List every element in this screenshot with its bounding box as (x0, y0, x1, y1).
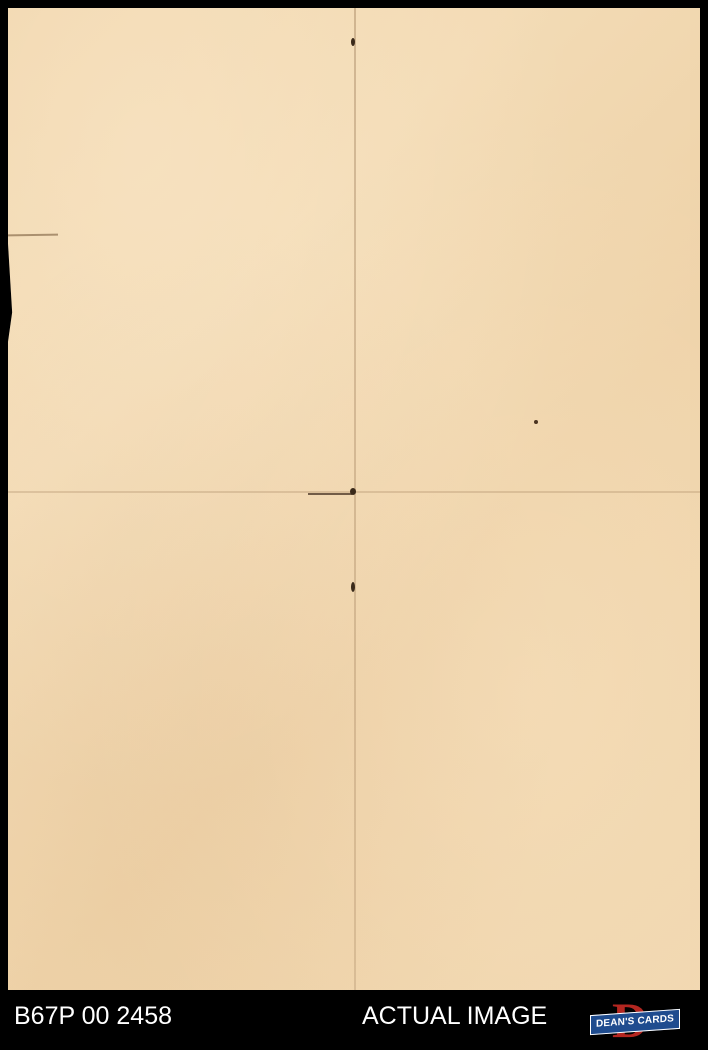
paper-sheet (8, 8, 700, 990)
deans-cards-logo: D DEAN'S CARDS (590, 996, 680, 1044)
logo-banner: DEAN'S CARDS (590, 1009, 680, 1035)
center-tear (308, 493, 352, 495)
vertical-fold-line (354, 8, 356, 990)
pinhole-top (351, 38, 355, 46)
ink-spot (534, 420, 538, 424)
actual-image-label: ACTUAL IMAGE (362, 1002, 547, 1031)
pinhole-center (350, 488, 356, 495)
edge-tear (8, 234, 58, 237)
footer-bar: B67P 00 2458 ACTUAL IMAGE D DEAN'S CARDS (0, 990, 708, 1050)
pinhole-lower (351, 582, 355, 592)
item-code: B67P 00 2458 (14, 1002, 172, 1031)
